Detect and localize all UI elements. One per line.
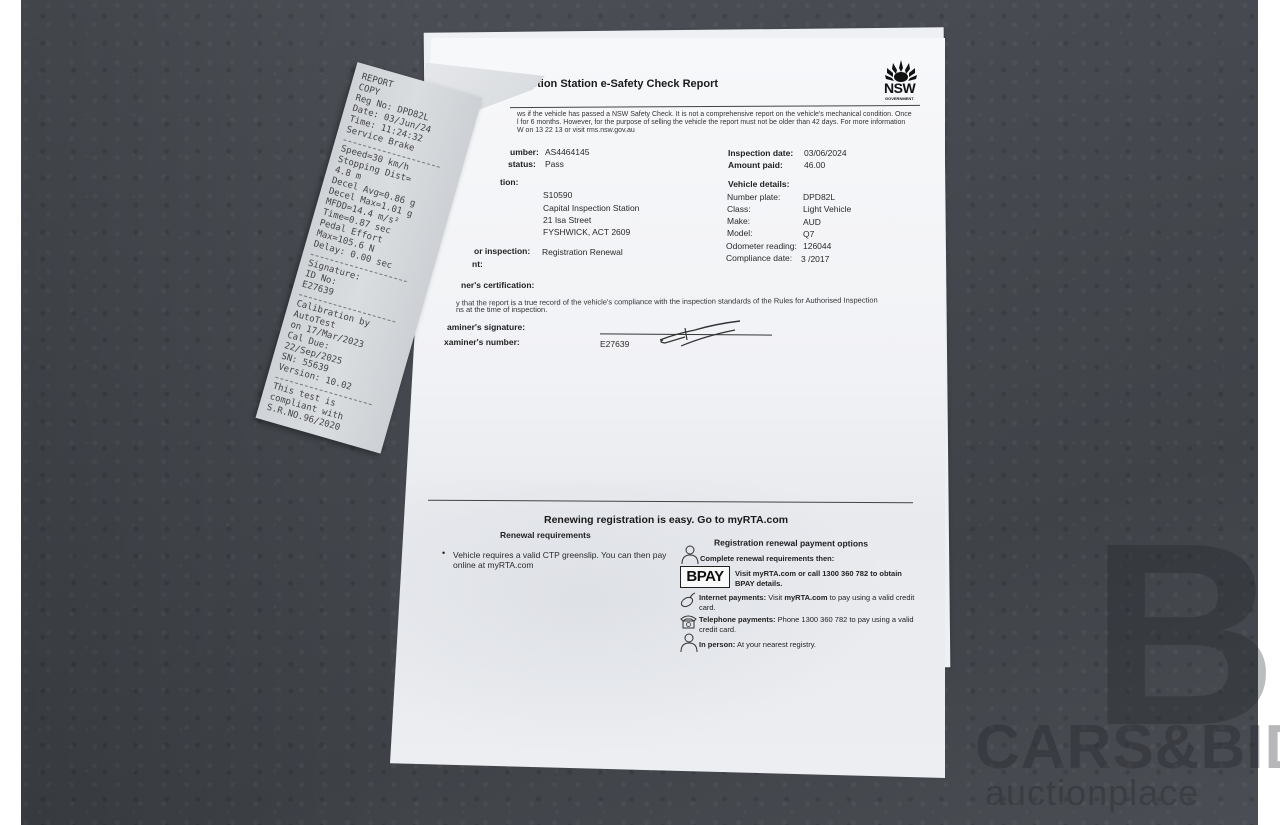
report-number-value: AS4464145 xyxy=(545,147,589,157)
renewal-requirements-title: Renewal requirements xyxy=(500,530,591,540)
bullet-icon: • xyxy=(442,548,445,558)
nsw-logo-sub: GOVERNMENT xyxy=(885,96,914,101)
examiner-signature-label: aminer's signature: xyxy=(447,322,525,332)
amount-paid-label: Amount paid: xyxy=(728,160,783,170)
reason-label: or inspection: xyxy=(474,246,530,256)
internet-payments-label: Internet payments: xyxy=(699,593,766,602)
station-street: 21 Isa Street xyxy=(543,215,591,225)
certification-heading: ner's certification: xyxy=(461,280,534,290)
odometer-value: 126044 xyxy=(803,241,831,251)
number-plate-value: DPD82L xyxy=(803,192,835,202)
odometer-label: Odometer reading: xyxy=(726,241,797,251)
renewal-title: Renewing registration is easy. Go to myR… xyxy=(544,514,788,526)
nsw-logo-text: NSW xyxy=(884,80,915,96)
in-person-detail: At your nearest registry. xyxy=(737,640,816,649)
in-person-label: In person: xyxy=(699,640,735,649)
station-label: tion: xyxy=(500,177,518,187)
examiner-signature xyxy=(655,318,745,350)
internet-payments-text: Internet payments: Visit myRTA.com to pa… xyxy=(699,593,919,612)
bpay-text: Visit myRTA.com or call 1300 360 782 to … xyxy=(735,569,910,588)
inspection-date-value: 03/06/2024 xyxy=(804,148,847,158)
watermark-tagline: auctionplace xyxy=(985,772,1199,814)
class-label: Class: xyxy=(727,204,751,214)
make-label: Make: xyxy=(727,216,750,226)
internet-text-pre: Visit xyxy=(768,593,782,602)
intro-line-3: W on 13 22 13 or visit rms.nsw.gov.au xyxy=(517,127,635,136)
number-plate-label: Number plate: xyxy=(727,192,780,202)
station-name: Capital Inspection Station xyxy=(543,203,639,213)
status-value: Pass xyxy=(545,159,564,169)
status-label: status: xyxy=(508,159,536,169)
make-value: AUD xyxy=(803,217,821,227)
requirement-item: Vehicle requires a valid CTP greenslip. … xyxy=(453,550,683,570)
examiner-number-value: E27639 xyxy=(600,339,629,349)
examiner-number-label: xaminer's number: xyxy=(444,337,520,347)
extra-label: nt: xyxy=(472,259,483,269)
station-id: S10590 xyxy=(543,190,572,200)
certification-line-2: ns at the time of inspection. xyxy=(456,306,547,315)
complete-requirements-text: Complete renewal requirements then: xyxy=(700,554,834,564)
in-person-text: In person: At your nearest registry. xyxy=(699,640,816,650)
compliance-date-label: Compliance date: xyxy=(726,253,792,263)
telephone-payments-label: Telephone payments: xyxy=(699,615,776,624)
inspection-report-paper xyxy=(390,38,945,778)
in-person-icon xyxy=(680,633,698,653)
report-title: ction Station e-Safety Check Report xyxy=(531,78,718,90)
model-value: Q7 xyxy=(803,229,814,239)
telephone-payments-text: Telephone payments: Phone 1300 360 782 t… xyxy=(699,615,919,634)
inspection-date-label: Inspection date: xyxy=(728,148,793,158)
compliance-date-value: 3 /2017 xyxy=(801,254,829,264)
myrta-link[interactable]: myRTA.com xyxy=(784,593,827,602)
mouse-icon xyxy=(680,592,696,608)
model-label: Model: xyxy=(727,228,753,238)
reason-value: Registration Renewal xyxy=(542,247,623,257)
report-number-label: umber: xyxy=(510,147,539,157)
amount-paid-value: 46.00 xyxy=(804,160,825,170)
class-value: Light Vehicle xyxy=(803,204,851,214)
station-suburb: FYSHWICK, ACT 2609 xyxy=(543,227,630,237)
telephone-icon xyxy=(680,613,697,629)
vehicle-details-heading: Vehicle details: xyxy=(728,179,789,189)
person-icon xyxy=(681,545,699,565)
payment-options-title: Registration renewal payment options xyxy=(714,537,868,548)
bpay-logo: BPAY xyxy=(680,566,730,588)
